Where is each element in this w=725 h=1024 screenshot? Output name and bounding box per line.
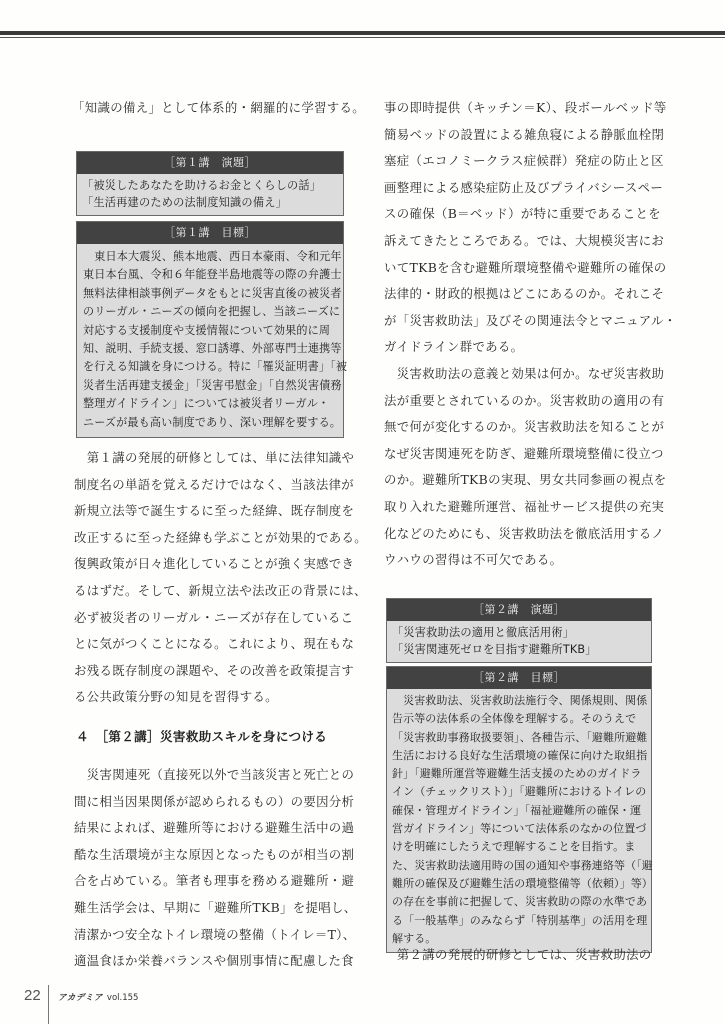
box-header: ［第１講 目標］ [77,222,343,244]
box-body: 「被災したあなたを助けるお金とくらしの話」 「生活再建のための法制度知識の備え」 [77,174,343,215]
lecture1-goal-box: ［第１講 目標］ 東日本大震災、熊本地震、西日本豪雨、令和元年 東日本台風、令和… [76,221,344,438]
box-header: ［第２講 演題］ [387,599,651,621]
header-rule-thin [0,37,725,38]
right-paragraph-5: 第２講の発展的研修としては、災害救助法の [384,942,674,969]
right-paragraph-4: 災害救助法の意義と効果は何か。なぜ災害救助 法が重要とされているのか。災害救助の… [384,361,674,574]
box-body: 東日本大震災、熊本地震、西日本豪雨、令和元年 東日本台風、令和６年能登半島地震等… [77,244,343,437]
page-number: 22 [24,987,41,1004]
box-header: ［第２講 目標］ [387,667,651,689]
left-column: 「知識の備え」として体系的・網羅的に学習する。 [72,95,362,122]
right-paragraph-3: 事の即時提供（キッチン＝K）、段ボールベッド等 簡易ベッドの設置による雑魚寝によ… [384,95,674,574]
magazine-footer: アカデミアvol.155 [58,991,138,1003]
volume-label: vol.155 [107,993,139,1003]
lecture2-title-box: ［第２講 演題］ 「災害救助法の適用と徹底活用術」 「災害関連死ゼロを目指す避難… [386,598,652,663]
left-paragraph-1: 第１講の発展的研修としては、単に法律知識や 制度名の単語を覚えるだけではなく、当… [74,445,364,711]
left-paragraph-2: 災害関連死（直接死以外で当該災害と死亡との 間に相当因果関係が認められるもの）の… [74,762,364,975]
box-body: 災害救助法、災害救助法施行令、関係規則、関係 告示等の法体系の全体像を理解する。… [387,689,651,952]
section-heading: ４ ［第２講］災害救助スキルを身につける [76,726,327,745]
box-header: ［第１講 演題］ [77,152,343,174]
header-rule-thick [0,31,725,35]
intro-line: 「知識の備え」として体系的・網羅的に学習する。 [72,95,362,122]
magazine-name: アカデミア [58,993,103,1003]
footer-divider [48,985,49,1024]
lecture1-title-box: ［第１講 演題］ 「被災したあなたを助けるお金とくらしの話」 「生活再建のための… [76,151,344,216]
lecture2-goal-box: ［第２講 目標］ 災害救助法、災害救助法施行令、関係規則、関係 告示等の法体系の… [386,666,652,953]
box-body: 「災害救助法の適用と徹底活用術」 「災害関連死ゼロを目指す避難所TKB」 [387,621,651,662]
